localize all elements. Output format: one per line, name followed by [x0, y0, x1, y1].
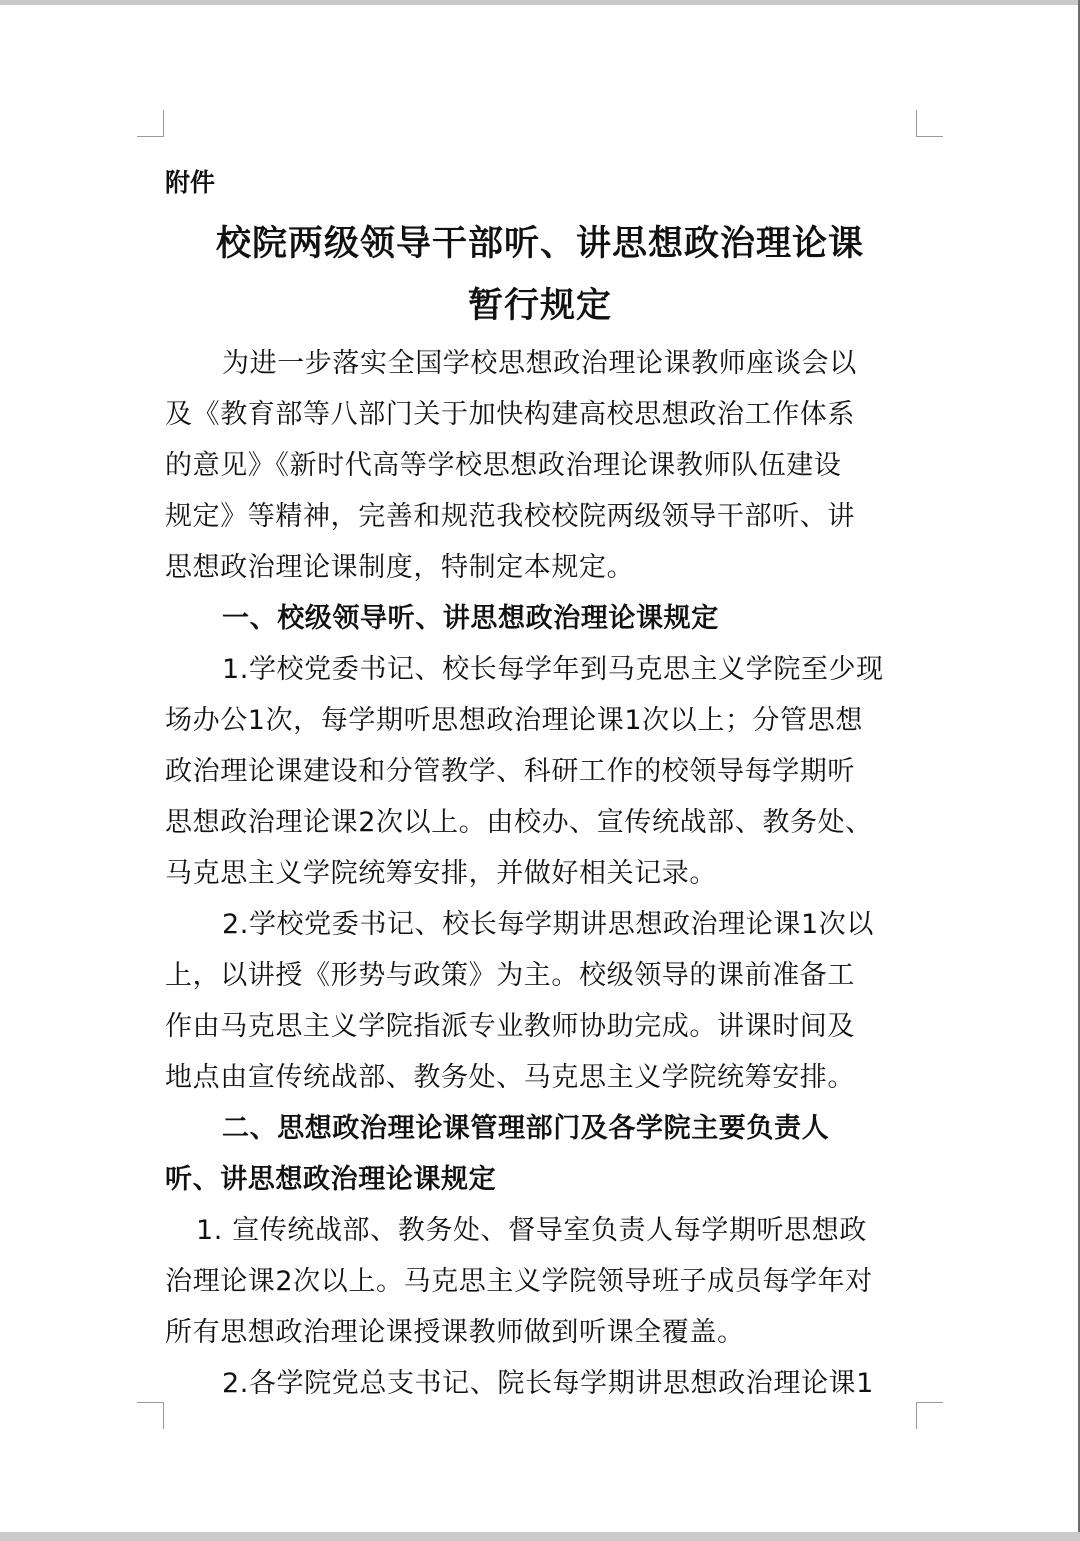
margin-corner-bottom-left-icon [137, 1402, 164, 1429]
document-title-line-1: 校院两级领导干部听、讲思想政治理论课 [140, 222, 940, 266]
body-text-line: 的意见》《新时代高等学校思想政治理论课教师队伍建设 [165, 448, 925, 484]
body-text-line: 及《教育部等八部门关于加快构建高校思想政治工作体系 [165, 397, 925, 433]
bottom-gray-bar [0, 1532, 1080, 1541]
body-text-line: 1.学校党委书记、校长每学年到马克思主义学院至少现 [222, 652, 982, 688]
body-text-line: 地点由宣传统战部、教务处、马克思主义学院统筹安排。 [165, 1060, 925, 1096]
body-text-line: 思想政治理论课2次以上。由校办、宣传统战部、教务处、 [165, 805, 925, 841]
margin-corner-top-right-icon [916, 110, 943, 137]
body-text-line: 所有思想政治理论课授课教师做到听课全覆盖。 [165, 1315, 925, 1351]
body-text-line: 2.学校党委书记、校长每学期讲思想政治理论课1次以 [222, 907, 982, 943]
body-text-line: 为进一步落实全国学校思想政治理论课教师座谈会以 [222, 346, 982, 382]
section-heading-line: 一、校级领导听、讲思想政治理论课规定 [222, 601, 982, 637]
body-text-line: 规定》等精神，完善和规范我校校院两级领导干部听、讲 [165, 499, 925, 535]
body-text-line: 场办公1次，每学期听思想政治理论课1次以上；分管思想 [165, 703, 925, 739]
document-title-line-2: 暂行规定 [140, 284, 940, 328]
section-heading-line: 二、思想政治理论课管理部门及各学院主要负责人 [222, 1111, 982, 1147]
body-text-line: 政治理论课建设和分管教学、科研工作的校领导每学期听 [165, 754, 925, 790]
margin-corner-bottom-right-icon [916, 1402, 943, 1429]
section-heading-line: 听、讲思想政治理论课规定 [165, 1162, 925, 1198]
body-text-line: 作由马克思主义学院指派专业教师协助完成。讲课时间及 [165, 1009, 925, 1045]
attachment-label: 附件 [165, 166, 215, 200]
body-text-line: 马克思主义学院统筹安排，并做好相关记录。 [165, 856, 925, 892]
margin-corner-top-left-icon [137, 110, 164, 137]
body-text-line: 治理论课2次以上。马克思主义学院领导班子成员每学年对 [165, 1264, 925, 1300]
body-text-line: 2.各学院党总支书记、院长每学期讲思想政治理论课1 [222, 1366, 982, 1402]
body-text-line: 上，以讲授《形势与政策》为主。校级领导的课前准备工 [165, 958, 925, 994]
body-text-line: 思想政治理论课制度，特制定本规定。 [165, 550, 925, 586]
body-text-line: 1. 宣传统战部、教务处、督导室负责人每学期听思想政 [196, 1213, 956, 1249]
